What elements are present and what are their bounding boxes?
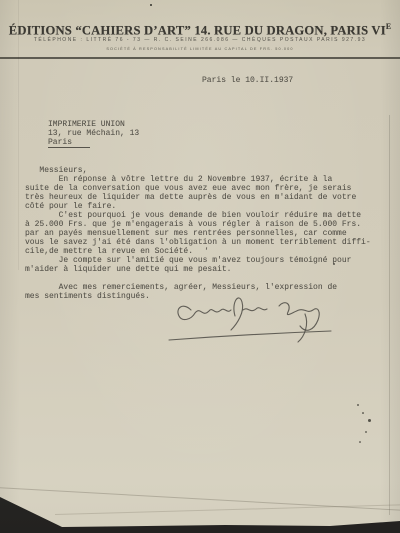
ink-speck [357, 404, 359, 406]
paper-crease [55, 504, 400, 515]
ink-speck [362, 412, 364, 414]
ink-speck [365, 431, 367, 433]
recipient-street: 13, rue Méchain, 13 [48, 129, 139, 138]
photo-of-letter: ÉDITIONS “CAHIERS D’ART” 14. RUE DU DRAG… [0, 0, 400, 533]
ink-speck [150, 4, 152, 6]
ink-speck [333, 263, 335, 265]
letter-paper: ÉDITIONS “CAHIERS D’ART” 14. RUE DU DRAG… [0, 0, 400, 533]
letter-body: Messieurs, En réponse à vôtre lettre du … [25, 166, 395, 301]
recipient-name: IMPRIMERIE UNION [48, 120, 139, 129]
letterhead-title: ÉDITIONS “CAHIERS D’ART” 14. RUE DU DRAG… [6, 22, 394, 38]
recipient-address: IMPRIMERIE UNION 13, rue Méchain, 13 Par… [48, 120, 139, 148]
letterhead-title-superscript: E [386, 22, 391, 31]
ink-speck [368, 419, 371, 422]
signature-icon [155, 292, 345, 350]
letterhead-rule [0, 57, 400, 59]
date-line: Paris le 10.II.1937 [202, 76, 293, 85]
paper-crease [0, 487, 400, 511]
letterhead-company-line: SOCIÉTÉ À RESPONSABILITÉ LIMITÉE AU CAPI… [48, 47, 352, 51]
letterhead-title-text: ÉDITIONS “CAHIERS D’ART” 14. RUE DU DRAG… [9, 22, 386, 37]
recipient-city: Paris [48, 138, 90, 148]
ink-speck [359, 441, 361, 443]
letterhead-contact-line: TÉLÉPHONE : LITTRÉ 76 - 73 — R. C. SEINE… [0, 37, 400, 43]
